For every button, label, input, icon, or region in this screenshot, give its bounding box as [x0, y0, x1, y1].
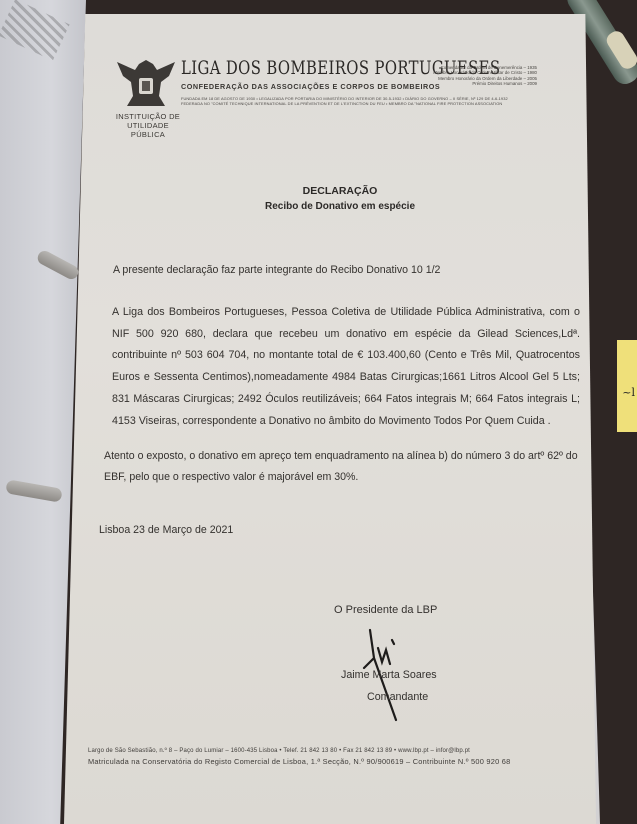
institution-label: INSTITUIÇÃO DE UTILIDADE PÚBLICA [113, 112, 183, 139]
intro-paragraph: A presente declaração faz parte integran… [113, 264, 440, 276]
signatory-name: Jaime Marta Soares [341, 669, 437, 681]
donation-paragraph: A Liga dos Bombeiros Portugueses, Pessoa… [112, 302, 580, 432]
signatory-title: Comandante [367, 691, 428, 703]
tax-paragraph: Atento o exposto, o donativo em apreço t… [104, 446, 584, 488]
footer-registration: Matriculada na Conservatória do Registo … [88, 757, 608, 767]
background-text-fragment [0, 0, 70, 61]
signatory-role: O Presidente da LBP [334, 604, 437, 616]
founding-info: FUNDADA EM 18 DE AGOSTO DE 1930 • LEGALI… [181, 96, 541, 106]
eagle-crest-icon [113, 56, 179, 110]
honors-list: Comendador da Ordem de Benemerência – 19… [412, 65, 537, 87]
place-date: Lisboa 23 de Março de 2021 [99, 524, 233, 536]
letter-footer: Largo de São Sebastião, n.º 8 – Paço do … [88, 747, 608, 766]
founding-line: FEDERADA NO "COMITÉ TECHNIQUE INTERNATIO… [181, 101, 541, 106]
document-subtitle: Recibo de Donativo em espécie [220, 201, 460, 212]
organization-subtitle: CONFEDERAÇÃO DAS ASSOCIAÇÕES E CORPOS DE… [181, 82, 440, 91]
footer-address: Largo de São Sebastião, n.º 8 – Paço do … [88, 747, 608, 757]
honor-item: Prémio Direitos Humanos – 2009 [412, 81, 537, 86]
margin-note: ~l [622, 386, 635, 399]
document-title: DECLARAÇÃO [240, 185, 440, 197]
